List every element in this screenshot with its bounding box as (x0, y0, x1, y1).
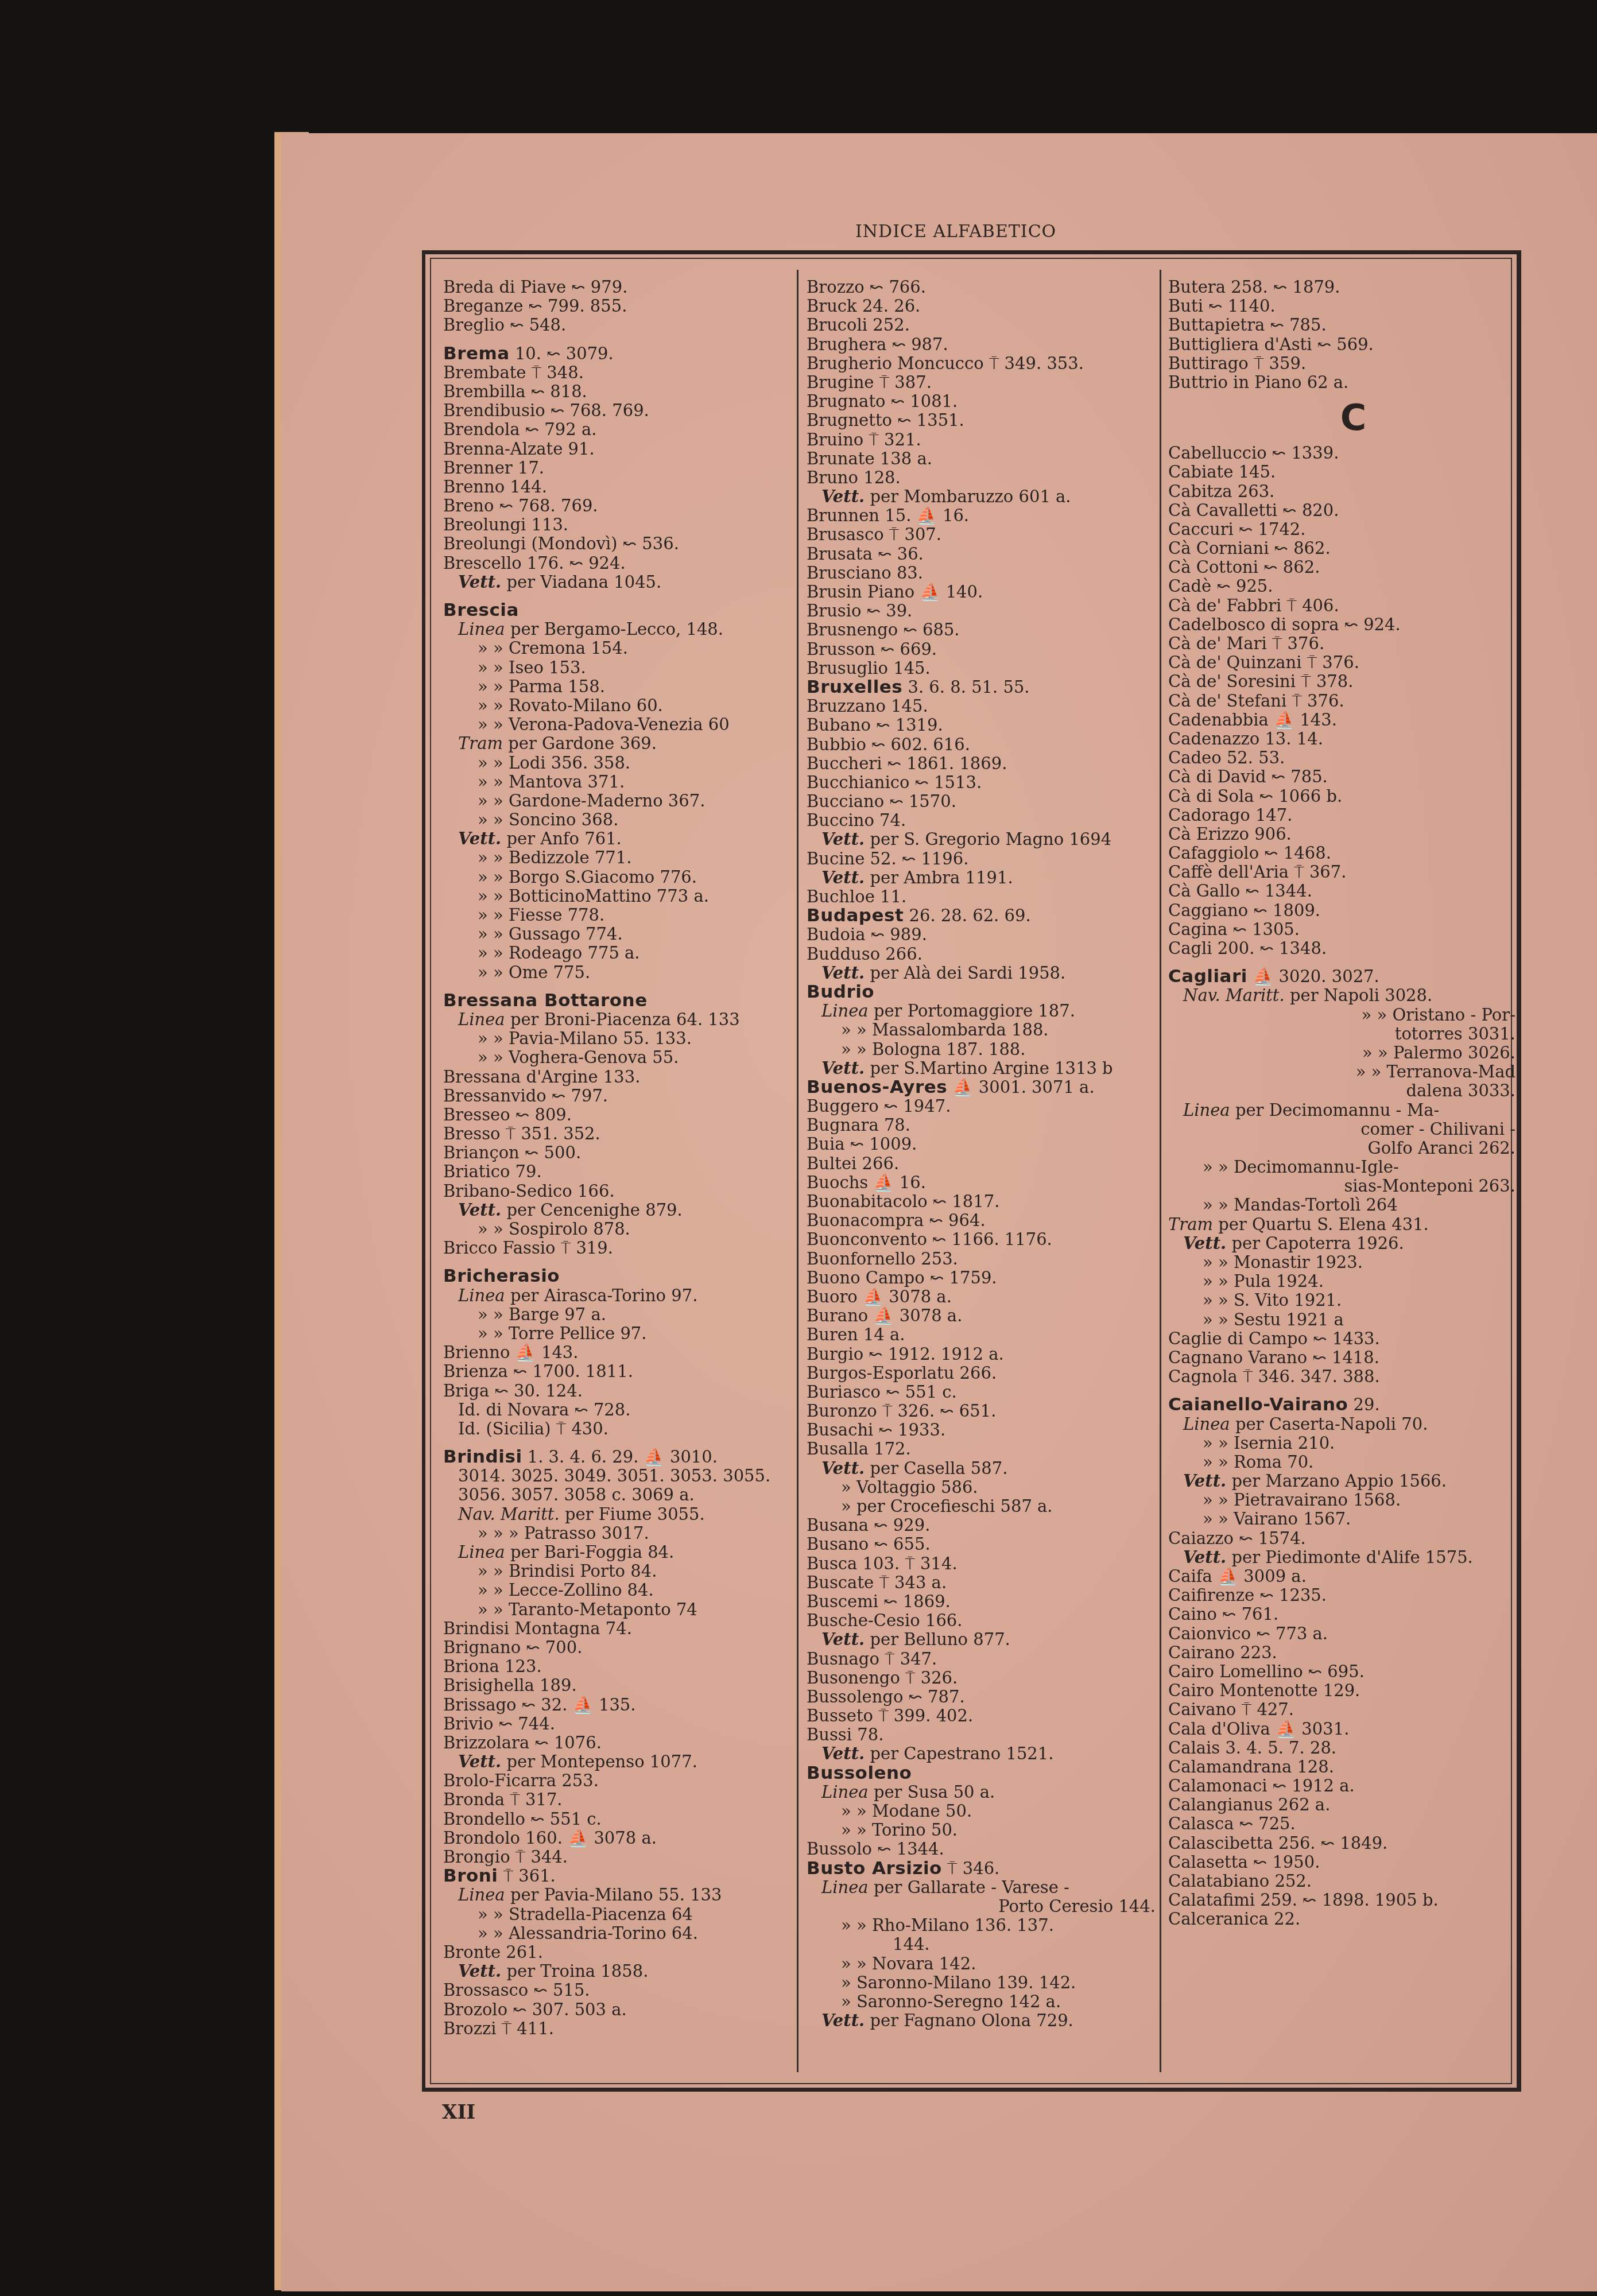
index-entry: » » Borgo S.Giacomo 776. (443, 868, 790, 887)
entry-text: Bronte 261. (443, 1942, 543, 1962)
entry-text: Buonacompra ↜ 964. (807, 1211, 986, 1230)
entry-text: Brendibusio ↜ 768. 769. (443, 401, 649, 420)
index-entry: Linea per Gallarate - Varese - (807, 1878, 1156, 1897)
index-entry: Brusuglio 145. (807, 659, 1156, 678)
service-type-label: Vett. (821, 1459, 865, 1478)
place-name-heading: Budapest (807, 905, 904, 926)
index-entry: Calamandrana 128. (1168, 1758, 1515, 1777)
index-entry: » » Palermo 3026. (1168, 1044, 1515, 1062)
entry-text: Caffè dell'Aria ⍑ 367. (1168, 862, 1347, 882)
index-entry: Buccheri ↜ 1861. 1869. (807, 754, 1156, 773)
entry-text: » » Lodi 356. 358. (478, 753, 630, 773)
index-entry: Bronda ⍑ 317. (443, 1790, 790, 1809)
index-entry: Bugnara 78. (807, 1116, 1156, 1135)
entry-text: Briga ↜ 30. 124. (443, 1381, 583, 1401)
index-entry: Brondolo 160. ⛵ 3078 a. (443, 1829, 790, 1848)
entry-text: per Bergamo-Lecco, 148. (505, 619, 723, 639)
entry-text: Bronda ⍑ 317. (443, 1790, 563, 1809)
index-entry: Linea per Decimomannu - Ma- (1168, 1101, 1515, 1120)
index-entry: » » Pavia-Milano 55. 133. (443, 1029, 790, 1048)
column-rule-2 (1160, 270, 1161, 2072)
entry-text: Brenner 17. (443, 458, 544, 478)
entry-text: Cà de' Quinzani ⍑ 376. (1168, 653, 1359, 672)
entry-text: Bubano ↜ 1319. (807, 715, 943, 735)
index-entry: Bruzzano 145. (807, 697, 1156, 716)
index-entry: » » Barge 97 a. (443, 1305, 790, 1324)
index-entry: Buoro ⛵ 3078 a. (807, 1287, 1156, 1306)
index-entry: Bussolengo ↜ 787. (807, 1688, 1156, 1707)
entry-text: 1. 3. 4. 6. 29. ⛵ 3010. (522, 1447, 718, 1467)
entry-text: Cabitza 263. (1168, 482, 1274, 501)
entry-text: per Broni-Piacenza 64. 133 (505, 1010, 740, 1029)
entry-text: » » S. Vito 1921. (1203, 1290, 1342, 1310)
index-entry: Breglio ↜ 548. (443, 316, 790, 335)
entry-text: per Belluno 877. (865, 1630, 1010, 1649)
index-entry: Bruino ⍑ 321. (807, 430, 1156, 449)
index-entry: » » Gussago 774. (443, 925, 790, 944)
entry-text: Brusnengo ↜ 685. (807, 620, 960, 639)
entry-text: Breolungi 113. (443, 515, 568, 534)
entry-text: Buronzo ⍑ 326. ↜ 651. (807, 1401, 996, 1421)
index-entry: Brignano ↜ 700. (443, 1638, 790, 1657)
entry-text: Buccheri ↜ 1861. 1869. (807, 754, 1007, 773)
index-entry: comer - Chilivani - (1168, 1120, 1515, 1139)
entry-text: » » BotticinoMattino 773 a. (478, 886, 709, 906)
entry-text: per Airasca-Torino 97. (505, 1286, 698, 1305)
index-entry: 144. (807, 1935, 1156, 1954)
entry-text: Cà Erizzo 906. (1168, 824, 1292, 844)
index-entry: Bucchianico ↜ 1513. (807, 773, 1156, 792)
entry-text: Brugine ⍑ 387. (807, 373, 932, 392)
place-name-heading: Bussoleno (807, 1763, 912, 1783)
entry-text: Cà de' Fabbri ⍑ 406. (1168, 596, 1339, 615)
entry-text: Cadeo 52. 53. (1168, 748, 1285, 767)
entry-text: Busnago ⍑ 347. (807, 1649, 937, 1669)
index-heading-entry: Bressana Bottarone (443, 991, 790, 1010)
index-entry: sias-Monteponi 263. (1168, 1177, 1515, 1196)
index-entry: Calatabiano 252. (1168, 1872, 1515, 1891)
index-heading-entry: Cagliari ⛵ 3020. 3027. (1168, 967, 1515, 986)
service-type-label: Linea (1183, 1100, 1230, 1120)
service-type-label: Vett. (458, 1961, 501, 1981)
entry-text: Buccino 74. (807, 810, 906, 830)
index-entry: Cairo Lomellino ↜ 695. (1168, 1662, 1515, 1681)
entry-text: Brizzolara ↜ 1076. (443, 1733, 602, 1752)
entry-text: Buggero ↜ 1947. (807, 1096, 951, 1116)
index-entry: Vett. per Marzano Appio 1566. (1168, 1472, 1515, 1491)
service-type-label: Vett. (1183, 1548, 1226, 1567)
place-name-heading: Brindisi (443, 1446, 522, 1467)
index-entry: Buia ↜ 1009. (807, 1135, 1156, 1154)
entry-text: Budduso 266. (807, 944, 922, 964)
entry-text: Breda di Piave ↜ 979. (443, 277, 627, 297)
entry-text: Brenno 144. (443, 477, 547, 497)
entry-text: Cà de' Soresini ⍑ 378. (1168, 672, 1353, 691)
entry-text: Buonfornello 253. (807, 1249, 958, 1269)
index-entry: Brenno 144. (443, 478, 790, 497)
entry-text: Brivio ↜ 744. (443, 1714, 555, 1733)
index-entry: Caggiano ↜ 1809. (1168, 901, 1515, 920)
index-entry: Golfo Aranci 262. (1168, 1139, 1515, 1158)
entry-text: Buochs ⛵ 16. (807, 1173, 926, 1192)
page-number: XII (442, 2101, 475, 2124)
index-entry: Brendola ↜ 792 a. (443, 420, 790, 439)
entry-text: per Portomaggiore 187. (869, 1001, 1075, 1021)
entry-text: » » Verona-Padova-Venezia 60 (478, 715, 730, 734)
index-entry: » » Rovato-Milano 60. (443, 696, 790, 715)
entry-text: per S. Gregorio Magno 1694 (865, 829, 1111, 849)
entry-text: totorres 3031. (1395, 1024, 1515, 1044)
entry-text: Calatabiano 252. (1168, 1871, 1312, 1891)
entry-text: » Saronno-Seregno 142 a. (841, 1992, 1061, 2011)
entry-text: Brenna-Alzate 91. (443, 439, 595, 459)
entry-text: » » Stradella-Piacenza 64 (478, 1905, 693, 1924)
index-entry: Vett. per Mombaruzzo 601 a. (807, 487, 1156, 506)
index-entry: » » Taranto-Metaponto 74 (443, 1600, 790, 1619)
index-entry: Cagli 200. ↜ 1348. (1168, 939, 1515, 958)
index-entry: Vett. per Viadana 1045. (443, 573, 790, 592)
index-entry: Brunate 138 a. (807, 449, 1156, 468)
service-type-label: Vett. (458, 572, 501, 592)
index-entry: Bressanvido ↜ 797. (443, 1087, 790, 1106)
entry-text: Cala d'Oliva ⛵ 3031. (1168, 1719, 1349, 1739)
index-entry: Buti ↜ 1140. (1168, 297, 1515, 316)
entry-text: per Alà dei Sardi 1958. (865, 963, 1065, 983)
entry-text: Buttrio in Piano 62 a. (1168, 373, 1348, 392)
index-entry: Cala d'Oliva ⛵ 3031. (1168, 1720, 1515, 1739)
index-entry: Cagnano Varano ↜ 1418. (1168, 1348, 1515, 1367)
entry-text: per Bari-Foggia 84. (505, 1542, 675, 1562)
place-name-heading: Bricherasio (443, 1266, 560, 1286)
index-entry: Cà de' Fabbri ⍑ 406. (1168, 596, 1515, 615)
place-name-heading: Bressana Bottarone (443, 990, 648, 1011)
index-entry: dalena 3033. (1168, 1081, 1515, 1100)
entry-text: Budoia ↜ 989. (807, 925, 927, 944)
index-entry: » » Sospirolo 878. (443, 1220, 790, 1239)
index-entry: » » Bologna 187. 188. (807, 1040, 1156, 1059)
place-name-heading: Busto Arsizio (807, 1858, 942, 1879)
entry-text: » » Isernia 210. (1203, 1433, 1335, 1453)
entry-text: Cagnano Varano ↜ 1418. (1168, 1348, 1379, 1367)
index-entry: » » Bedizzole 771. (443, 848, 790, 867)
index-entry: » » BotticinoMattino 773 a. (443, 887, 790, 906)
entry-text: Brolo-Ficarra 253. (443, 1771, 599, 1790)
index-entry: Brindisi Montagna 74. (443, 1619, 790, 1638)
entry-text: per Ambra 1191. (865, 868, 1013, 887)
service-type-label: Vett. (821, 963, 865, 983)
index-entry: Cà Corniani ↜ 862. (1168, 539, 1515, 558)
entry-text: Buti ↜ 1140. (1168, 296, 1276, 316)
entry-text: Buchloe 11. (807, 887, 906, 906)
entry-text: Brozzi ⍑ 411. (443, 2019, 554, 2038)
index-entry: Buggero ↜ 1947. (807, 1097, 1156, 1116)
entry-text: Caivano ⍑ 427. (1168, 1700, 1294, 1719)
index-entry: Linea per Caserta-Napoli 70. (1168, 1415, 1515, 1434)
entry-text: per Cencenighe 879. (501, 1200, 683, 1220)
index-entry: » » Parma 158. (443, 677, 790, 696)
index-entry: Buochs ⛵ 16. (807, 1173, 1156, 1192)
index-entry: Breolungi 113. (443, 515, 790, 534)
index-entry: » » S. Vito 1921. (1168, 1291, 1515, 1310)
entry-text: Brusio ↜ 39. (807, 601, 912, 620)
entry-text: per Viadana 1045. (501, 572, 661, 592)
entry-text: Busachi ↜ 1933. (807, 1420, 945, 1440)
index-entry: Cà Cottoni ↜ 862. (1168, 558, 1515, 577)
entry-text: Brembilla ↜ 818. (443, 382, 587, 401)
index-entry: » » Gardone-Maderno 367. (443, 792, 790, 810)
entry-text: » » Rovato-Milano 60. (478, 696, 663, 715)
index-entry: Cabiate 145. (1168, 463, 1515, 482)
entry-text: Brindisi Montagna 74. (443, 1619, 632, 1638)
entry-text: Brusciano 83. (807, 563, 923, 583)
service-type-label: Vett. (821, 1744, 865, 1763)
service-type-label: Linea (1183, 1414, 1230, 1434)
entry-text: Brembate ⍑ 348. (443, 363, 584, 382)
index-entry: » » Rho-Milano 136. 137. (807, 1916, 1156, 1935)
entry-text: Caccuri ↜ 1742. (1168, 519, 1306, 539)
index-entry: Cabitza 263. (1168, 482, 1515, 501)
entry-text: Bresso ⍑ 351. 352. (443, 1124, 600, 1143)
column-rule-1 (797, 270, 798, 2072)
entry-text: Brienza ↜ 1700. 1811. (443, 1362, 633, 1381)
entry-text: Breno ↜ 768. 769. (443, 496, 598, 515)
entry-text: Buttigliera d'Asti ↜ 569. (1168, 335, 1374, 354)
entry-text: » » Iseo 153. (478, 658, 586, 677)
entry-text: Bruzzano 145. (807, 696, 928, 716)
entry-text: per Troina 1858. (501, 1961, 648, 1981)
index-entry: Brusin Piano ⛵ 140. (807, 583, 1156, 602)
entry-text: » » Vairano 1567. (1203, 1509, 1351, 1529)
entry-text: Buoro ⛵ 3078 a. (807, 1287, 952, 1306)
entry-text: per Piedimonte d'Alife 1575. (1226, 1548, 1473, 1567)
entry-text: Bussolengo ↜ 787. (807, 1687, 965, 1707)
index-entry: Brivio ↜ 744. (443, 1715, 790, 1733)
index-entry: Brusasco ⍑ 307. (807, 525, 1156, 544)
index-entry: Cagnola ⍑ 346. 347. 388. (1168, 1367, 1515, 1386)
entry-text: Breolungi (Mondovì) ↜ 536. (443, 534, 679, 553)
entry-text: » » Gardone-Maderno 367. (478, 791, 705, 810)
index-heading-entry: Budapest 26. 28. 62. 69. (807, 906, 1156, 925)
entry-text: » » Torino 50. (841, 1820, 958, 1840)
entry-text: » » Torre Pellice 97. (478, 1324, 647, 1343)
index-entry: Cà Cavalletti ↜ 820. (1168, 501, 1515, 520)
entry-text: Calatafimi 259. ↜ 1898. 1905 b. (1168, 1890, 1439, 1910)
entry-text: Cà Gallo ↜ 1344. (1168, 881, 1312, 901)
index-entry: Vett. per Montepenso 1077. (443, 1752, 790, 1771)
entry-text: Butera 258. ↜ 1879. (1168, 277, 1340, 297)
service-type-label: Vett. (458, 829, 501, 848)
entry-text: per Napoli 3028. (1285, 986, 1433, 1005)
index-entry: Cadenazzo 13. 14. (1168, 730, 1515, 748)
index-entry: Calasetta ↜ 1950. (1168, 1853, 1515, 1872)
entry-text: » » Bologna 187. 188. (841, 1040, 1026, 1059)
entry-text: Bresseo ↜ 809. (443, 1105, 572, 1124)
service-type-label: Linea (458, 1010, 505, 1029)
entry-text: per Gardone 369. (503, 734, 657, 753)
index-entry: » » Brindisi Porto 84. (443, 1562, 790, 1581)
index-entry: » per Crocefieschi 587 a. (807, 1497, 1156, 1516)
entry-text: » » Massalombarda 188. (841, 1020, 1049, 1040)
entry-text: Id. (Sicilia) ⍑ 430. (458, 1419, 608, 1438)
entry-text: per Casella 587. (865, 1459, 1007, 1478)
index-entry: Linea per Bari-Foggia 84. (443, 1543, 790, 1562)
index-entry: Cà de' Quinzani ⍑ 376. (1168, 653, 1515, 672)
entry-text: Calceranica 22. (1168, 1909, 1300, 1929)
index-entry: Brisighella 189. (443, 1676, 790, 1695)
index-entry: Buttrio in Piano 62 a. (1168, 373, 1515, 392)
index-entry: » » Pula 1924. (1168, 1272, 1515, 1291)
index-entry: Cadorago 147. (1168, 806, 1515, 825)
index-entry: » » Iseo 153. (443, 658, 790, 677)
entry-text: Brescello 176. ↜ 924. (443, 553, 626, 573)
index-entry: Busalla 172. (807, 1440, 1156, 1459)
index-entry: Caiazzo ↜ 1574. (1168, 1529, 1515, 1548)
entry-text: Calamandrana 128. (1168, 1757, 1334, 1777)
index-entry: » » Monastir 1923. (1168, 1253, 1515, 1272)
index-entry: Linea per Susa 50 a. (807, 1783, 1156, 1802)
index-entry: Briona 123. (443, 1657, 790, 1676)
index-entry: Buronzo ⍑ 326. ↜ 651. (807, 1402, 1156, 1421)
entry-text: » per Crocefieschi 587 a. (841, 1496, 1053, 1516)
index-entry: Buonabitacolo ↜ 1817. (807, 1192, 1156, 1211)
entry-text: Calascibetta 256. ↜ 1849. (1168, 1833, 1387, 1853)
index-entry: » » Torino 50. (807, 1821, 1156, 1840)
index-entry: Buttirago ⍑ 359. (1168, 354, 1515, 373)
index-entry: Breno ↜ 768. 769. (443, 497, 790, 515)
service-type-label: Vett. (821, 1058, 865, 1078)
index-entry: Bruno 128. (807, 468, 1156, 487)
entry-text: Caionvico ↜ 773 a. (1168, 1624, 1328, 1643)
entry-text: » » Terranova-Mad (1356, 1062, 1515, 1081)
index-entry: Vett. per Alà dei Sardi 1958. (807, 964, 1156, 983)
index-entry: Bubano ↜ 1319. (807, 716, 1156, 735)
entry-text: Buttapietra ↜ 785. (1168, 315, 1327, 335)
index-entry: Cadè ↜ 925. (1168, 577, 1515, 596)
entry-text: » » Soncino 368. (478, 810, 618, 829)
entry-text: Busana ↜ 929. (807, 1515, 930, 1535)
index-entry: » » Mantova 371. (443, 773, 790, 792)
index-entry: Breda di Piave ↜ 979. (443, 278, 790, 297)
index-entry: » » Sestu 1921 a (1168, 1310, 1515, 1329)
entry-text: Bressanvido ↜ 797. (443, 1086, 608, 1106)
entry-text: Brignano ↜ 700. (443, 1638, 582, 1657)
place-name-heading: Bruxelles (807, 677, 902, 697)
entry-text: » » Decimomannu-Igle- (1203, 1157, 1399, 1177)
place-name-heading: Buenos-Ayres (807, 1077, 947, 1097)
index-entry: Breganze ↜ 799. 855. (443, 297, 790, 316)
entry-text: Busalla 172. (807, 1439, 911, 1459)
entry-text: Bricco Fassio ⍑ 319. (443, 1238, 613, 1258)
index-entry: » » Isernia 210. (1168, 1434, 1515, 1453)
entry-text: Brugherio Moncucco ⍑ 349. 353. (807, 354, 1084, 373)
entry-text: Calamonaci ↜ 1912 a. (1168, 1776, 1355, 1795)
entry-text: per S.Martino Argine 1313 b (865, 1058, 1113, 1078)
index-column-2: Brozzo ↜ 766.Bruck 24. 26.Brucoli 252.Br… (807, 278, 1156, 2030)
entry-text: 144. (893, 1934, 930, 1954)
entry-text: 29. (1348, 1395, 1379, 1414)
index-entry: Brunnen 15. ⛵ 16. (807, 506, 1156, 525)
index-entry: Brusciano 83. (807, 564, 1156, 583)
service-type-label: Linea (821, 1878, 869, 1897)
entry-text: Bubbio ↜ 602. 616. (807, 735, 970, 754)
index-entry: Caifa ⛵ 3009 a. (1168, 1567, 1515, 1586)
index-entry: Vett. per S. Gregorio Magno 1694 (807, 830, 1156, 849)
index-entry: Brusata ↜ 36. (807, 545, 1156, 564)
index-entry: Busano ↜ 655. (807, 1535, 1156, 1554)
index-entry: Calamonaci ↜ 1912 a. (1168, 1777, 1515, 1795)
index-entry: Caionvico ↜ 773 a. (1168, 1624, 1515, 1643)
index-entry: Brondello ↜ 551 c. (443, 1810, 790, 1829)
section-letter: C (1168, 392, 1515, 444)
place-name-heading: Caianello-Vairano (1168, 1394, 1348, 1415)
index-entry: Vett. per Piedimonte d'Alife 1575. (1168, 1548, 1515, 1567)
entry-text: Calais 3. 4. 5. 7. 28. (1168, 1738, 1336, 1758)
entry-text: Bugnara 78. (807, 1115, 910, 1135)
index-entry: Bresso ⍑ 351. 352. (443, 1124, 790, 1143)
index-entry: 3014. 3025. 3049. 3051. 3053. 3055. (443, 1467, 790, 1486)
entry-text: per Anfo 761. (501, 829, 622, 848)
index-entry: » » Massalombarda 188. (807, 1021, 1156, 1040)
index-heading-entry: Busto Arsizio ⍑ 346. (807, 1859, 1156, 1878)
index-entry: Cairano 223. (1168, 1643, 1515, 1662)
index-entry: » » Decimomannu-Igle- (1168, 1158, 1515, 1177)
entry-text: Brugnato ↜ 1081. (807, 391, 958, 411)
index-entry: Calangianus 262 a. (1168, 1795, 1515, 1814)
index-entry: Buonfornello 253. (807, 1250, 1156, 1269)
entry-text: Brissago ↜ 32. ⛵ 135. (443, 1695, 636, 1715)
entry-text: Brunate 138 a. (807, 449, 932, 468)
index-entry: Nav. Maritt. per Napoli 3028. (1168, 986, 1515, 1005)
index-entry: Brugherio Moncucco ⍑ 349. 353. (807, 354, 1156, 373)
entry-text: Calasetta ↜ 1950. (1168, 1852, 1320, 1872)
entry-text: Bussolo ↜ 1344. (807, 1839, 944, 1859)
index-entry: Vett. per S.Martino Argine 1313 b (807, 1059, 1156, 1078)
index-entry: Breolungi (Mondovì) ↜ 536. (443, 534, 790, 553)
index-entry: » Saronno-Seregno 142 a. (807, 1992, 1156, 2011)
index-entry: Tram per Gardone 369. (443, 734, 790, 753)
entry-text: Briançon ↜ 500. (443, 1143, 581, 1162)
index-entry: Calasca ↜ 725. (1168, 1814, 1515, 1833)
entry-text: » » Oristano - Por- (1362, 1005, 1516, 1025)
index-entry: Calceranica 22. (1168, 1910, 1515, 1929)
index-entry: Vett. per Ambra 1191. (807, 868, 1156, 887)
entry-text: Calangianus 262 a. (1168, 1795, 1330, 1814)
index-entry: Brugine ⍑ 387. (807, 373, 1156, 392)
index-entry: Brugnetto ↜ 1351. (807, 411, 1156, 430)
index-entry: Nav. Maritt. per Fiume 3055. (443, 1505, 790, 1524)
entry-text: Cagnola ⍑ 346. 347. 388. (1168, 1367, 1380, 1386)
service-type-label: Linea (458, 1885, 505, 1905)
index-entry: Vett. per Cencenighe 879. (443, 1201, 790, 1220)
index-entry: Cà de' Mari ⍑ 376. (1168, 634, 1515, 653)
entry-text: Brondello ↜ 551 c. (443, 1809, 602, 1829)
entry-text: 10. ↜ 3079. (510, 344, 614, 363)
index-entry: Bubbio ↜ 602. 616. (807, 735, 1156, 754)
index-entry: Buttigliera d'Asti ↜ 569. (1168, 335, 1515, 354)
entry-text: » » Novara 142. (841, 1954, 976, 1973)
entry-text: Bribano-Sedico 166. (443, 1181, 615, 1201)
entry-text: per Caserta-Napoli 70. (1230, 1414, 1428, 1434)
index-entry: Briançon ↜ 500. (443, 1143, 790, 1162)
service-type-label: Tram (1168, 1215, 1213, 1234)
entry-text: Cadenabbia ⛵ 143. (1168, 710, 1337, 730)
index-entry: Caccuri ↜ 1742. (1168, 520, 1515, 539)
entry-text: Id. di Novara ↜ 728. (458, 1400, 630, 1420)
entry-text: Brugnetto ↜ 1351. (807, 410, 964, 430)
entry-text: Cagina ↜ 1305. (1168, 920, 1300, 939)
index-column-3: Butera 258. ↜ 1879.Buti ↜ 1140.Buttapiet… (1168, 278, 1515, 1929)
entry-text: ⛵ 3001. 3071 a. (947, 1077, 1094, 1097)
